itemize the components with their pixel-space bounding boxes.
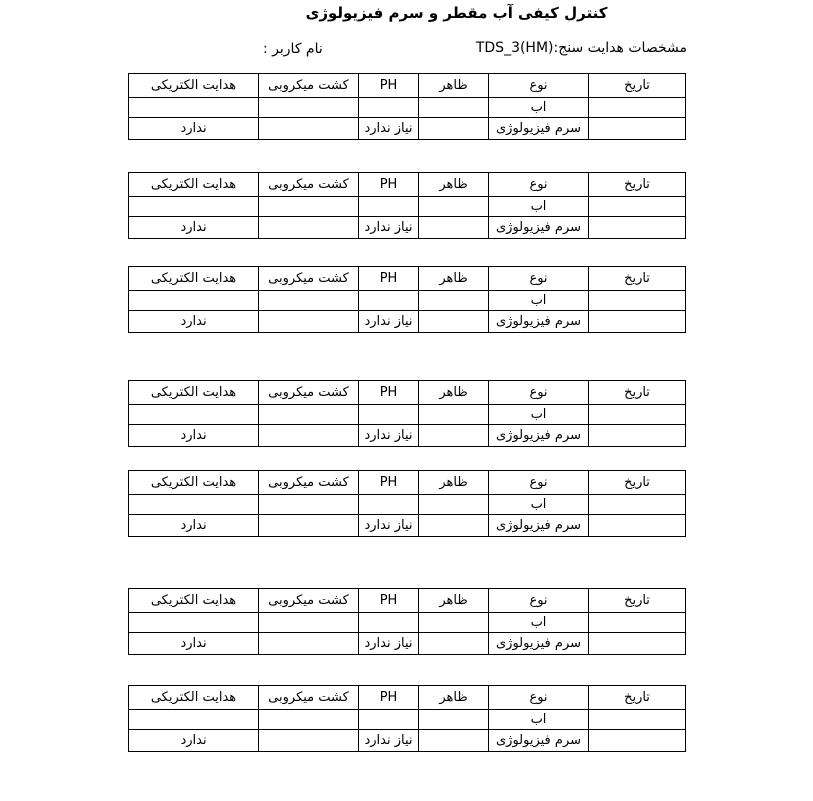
- document-page: کنترل کیفی آب مقطر و سرم فیزیولوژی مشخصا…: [0, 0, 813, 801]
- cell-water-date: [589, 495, 686, 515]
- header-type: نوع: [489, 471, 589, 495]
- cell-water-electrical-conductivity: [129, 495, 259, 515]
- header-date: تاریخ: [589, 686, 686, 710]
- cell-water-electrical-conductivity: [129, 613, 259, 633]
- water-row: اب: [129, 98, 686, 118]
- header-ph: PH: [359, 471, 419, 495]
- cell-water-ph: [359, 613, 419, 633]
- cell-water-ph: [359, 495, 419, 515]
- cell-water-date: [589, 405, 686, 425]
- user-name-label: نام کاربر :: [263, 41, 323, 57]
- cell-water-microbial-culture: [259, 613, 359, 633]
- cell-serum-appearance: [419, 730, 489, 752]
- cell-serum-electrical-conductivity: ندارد: [129, 118, 259, 140]
- cell-serum-microbial-culture: [259, 217, 359, 239]
- header-appearance: ظاهر: [419, 589, 489, 613]
- cell-serum-ph: نیاز ندارد: [359, 425, 419, 447]
- header-type: نوع: [489, 267, 589, 291]
- cell-water-electrical-conductivity: [129, 291, 259, 311]
- cell-water-microbial-culture: [259, 710, 359, 730]
- cell-serum-appearance: [419, 425, 489, 447]
- cell-water-date: [589, 710, 686, 730]
- cell-water-date: [589, 98, 686, 118]
- cell-serum-type: سرم فیزیولوژی: [489, 311, 589, 333]
- cell-water-type: اب: [489, 710, 589, 730]
- water-row: اب: [129, 495, 686, 515]
- header-electrical-conductivity: هدایت الکتریکی: [129, 74, 259, 98]
- cell-water-ph: [359, 291, 419, 311]
- header-type: نوع: [489, 686, 589, 710]
- cell-serum-electrical-conductivity: ندارد: [129, 515, 259, 537]
- header-date: تاریخ: [589, 589, 686, 613]
- header-type: نوع: [489, 589, 589, 613]
- cell-water-ph: [359, 98, 419, 118]
- cell-serum-ph: نیاز ندارد: [359, 515, 419, 537]
- qc-table-grid-7: تاریخنوعظاهرPHکشت میکروبیهدایت الکتریکیا…: [128, 685, 686, 752]
- header-date: تاریخ: [589, 471, 686, 495]
- qc-table-grid-6: تاریخنوعظاهرPHکشت میکروبیهدایت الکتریکیا…: [128, 588, 686, 655]
- cell-water-appearance: [419, 495, 489, 515]
- page-title: کنترل کیفی آب مقطر و سرم فیزیولوژی: [100, 4, 813, 22]
- qc-table-3: تاریخنوعظاهرPHکشت میکروبیهدایت الکتریکیا…: [128, 266, 686, 333]
- header-date: تاریخ: [589, 267, 686, 291]
- qc-table-4: تاریخنوعظاهرPHکشت میکروبیهدایت الکتریکیا…: [128, 380, 686, 447]
- cell-serum-appearance: [419, 515, 489, 537]
- header-electrical-conductivity: هدایت الکتریکی: [129, 471, 259, 495]
- cell-water-ph: [359, 197, 419, 217]
- cell-serum-electrical-conductivity: ندارد: [129, 730, 259, 752]
- cell-water-appearance: [419, 613, 489, 633]
- cell-serum-date: [589, 730, 686, 752]
- header-date: تاریخ: [589, 74, 686, 98]
- header-microbial-culture: کشت میکروبی: [259, 686, 359, 710]
- qc-table-grid-1: تاریخنوعظاهرPHکشت میکروبیهدایت الکتریکیا…: [128, 73, 686, 140]
- serum-row: سرم فیزیولوژینیاز نداردندارد: [129, 217, 686, 239]
- cell-serum-date: [589, 217, 686, 239]
- header-ph: PH: [359, 686, 419, 710]
- cell-serum-electrical-conductivity: ندارد: [129, 217, 259, 239]
- header-appearance: ظاهر: [419, 74, 489, 98]
- conductivity-meter-label: مشخصات هدایت سنج:TDS_3(HM): [476, 40, 687, 56]
- water-row: اب: [129, 613, 686, 633]
- header-microbial-culture: کشت میکروبی: [259, 74, 359, 98]
- cell-water-date: [589, 291, 686, 311]
- cell-serum-ph: نیاز ندارد: [359, 730, 419, 752]
- qc-table-2: تاریخنوعظاهرPHکشت میکروبیهدایت الکتریکیا…: [128, 172, 686, 239]
- cell-serum-date: [589, 515, 686, 537]
- water-row: اب: [129, 710, 686, 730]
- serum-row: سرم فیزیولوژینیاز نداردندارد: [129, 730, 686, 752]
- cell-water-type: اب: [489, 197, 589, 217]
- header-microbial-culture: کشت میکروبی: [259, 173, 359, 197]
- cell-serum-ph: نیاز ندارد: [359, 311, 419, 333]
- cell-water-ph: [359, 405, 419, 425]
- header-type: نوع: [489, 74, 589, 98]
- header-appearance: ظاهر: [419, 471, 489, 495]
- cell-water-microbial-culture: [259, 405, 359, 425]
- cell-water-appearance: [419, 710, 489, 730]
- header-appearance: ظاهر: [419, 686, 489, 710]
- cell-water-electrical-conductivity: [129, 98, 259, 118]
- qc-table-grid-5: تاریخنوعظاهرPHکشت میکروبیهدایت الکتریکیا…: [128, 470, 686, 537]
- cell-serum-microbial-culture: [259, 425, 359, 447]
- cell-serum-microbial-culture: [259, 633, 359, 655]
- qc-table-grid-2: تاریخنوعظاهرPHکشت میکروبیهدایت الکتریکیا…: [128, 172, 686, 239]
- cell-serum-type: سرم فیزیولوژی: [489, 217, 589, 239]
- cell-water-type: اب: [489, 98, 589, 118]
- qc-table-grid-4: تاریخنوعظاهرPHکشت میکروبیهدایت الکتریکیا…: [128, 380, 686, 447]
- serum-row: سرم فیزیولوژینیاز نداردندارد: [129, 118, 686, 140]
- cell-water-date: [589, 613, 686, 633]
- header-electrical-conductivity: هدایت الکتریکی: [129, 589, 259, 613]
- cell-serum-microbial-culture: [259, 730, 359, 752]
- cell-serum-type: سرم فیزیولوژی: [489, 118, 589, 140]
- header-electrical-conductivity: هدایت الکتریکی: [129, 173, 259, 197]
- header-type: نوع: [489, 381, 589, 405]
- header-ph: PH: [359, 173, 419, 197]
- qc-table-7: تاریخنوعظاهرPHکشت میکروبیهدایت الکتریکیا…: [128, 685, 686, 752]
- cell-water-microbial-culture: [259, 495, 359, 515]
- cell-water-type: اب: [489, 291, 589, 311]
- header-appearance: ظاهر: [419, 267, 489, 291]
- cell-serum-ph: نیاز ندارد: [359, 118, 419, 140]
- header-date: تاریخ: [589, 173, 686, 197]
- cell-serum-appearance: [419, 118, 489, 140]
- cell-serum-ph: نیاز ندارد: [359, 217, 419, 239]
- cell-water-microbial-culture: [259, 197, 359, 217]
- cell-serum-date: [589, 311, 686, 333]
- water-row: اب: [129, 405, 686, 425]
- cell-water-ph: [359, 710, 419, 730]
- header-electrical-conductivity: هدایت الکتریکی: [129, 381, 259, 405]
- header-ph: PH: [359, 267, 419, 291]
- header-electrical-conductivity: هدایت الکتریکی: [129, 267, 259, 291]
- cell-water-electrical-conductivity: [129, 197, 259, 217]
- cell-serum-electrical-conductivity: ندارد: [129, 311, 259, 333]
- cell-serum-date: [589, 633, 686, 655]
- header-microbial-culture: کشت میکروبی: [259, 267, 359, 291]
- cell-water-appearance: [419, 291, 489, 311]
- qc-table-1: تاریخنوعظاهرPHکشت میکروبیهدایت الکتریکیا…: [128, 73, 686, 140]
- cell-serum-type: سرم فیزیولوژی: [489, 730, 589, 752]
- cell-water-type: اب: [489, 495, 589, 515]
- header-microbial-culture: کشت میکروبی: [259, 589, 359, 613]
- water-row: اب: [129, 197, 686, 217]
- header-type: نوع: [489, 173, 589, 197]
- cell-serum-appearance: [419, 311, 489, 333]
- cell-serum-electrical-conductivity: ندارد: [129, 633, 259, 655]
- cell-water-appearance: [419, 98, 489, 118]
- cell-water-microbial-culture: [259, 291, 359, 311]
- water-row: اب: [129, 291, 686, 311]
- cell-serum-type: سرم فیزیولوژی: [489, 633, 589, 655]
- serum-row: سرم فیزیولوژینیاز نداردندارد: [129, 425, 686, 447]
- cell-water-appearance: [419, 405, 489, 425]
- cell-water-type: اب: [489, 405, 589, 425]
- cell-water-electrical-conductivity: [129, 405, 259, 425]
- cell-serum-appearance: [419, 633, 489, 655]
- cell-serum-date: [589, 118, 686, 140]
- cell-water-appearance: [419, 197, 489, 217]
- header-appearance: ظاهر: [419, 173, 489, 197]
- header-ph: PH: [359, 74, 419, 98]
- cell-serum-microbial-culture: [259, 515, 359, 537]
- header-microbial-culture: کشت میکروبی: [259, 471, 359, 495]
- cell-water-type: اب: [489, 613, 589, 633]
- cell-serum-microbial-culture: [259, 311, 359, 333]
- serum-row: سرم فیزیولوژینیاز نداردندارد: [129, 633, 686, 655]
- serum-row: سرم فیزیولوژینیاز نداردندارد: [129, 515, 686, 537]
- header-appearance: ظاهر: [419, 381, 489, 405]
- qc-table-6: تاریخنوعظاهرPHکشت میکروبیهدایت الکتریکیا…: [128, 588, 686, 655]
- header-ph: PH: [359, 589, 419, 613]
- cell-serum-type: سرم فیزیولوژی: [489, 515, 589, 537]
- cell-serum-ph: نیاز ندارد: [359, 633, 419, 655]
- cell-serum-date: [589, 425, 686, 447]
- qc-table-grid-3: تاریخنوعظاهرPHکشت میکروبیهدایت الکتریکیا…: [128, 266, 686, 333]
- cell-serum-microbial-culture: [259, 118, 359, 140]
- cell-serum-electrical-conductivity: ندارد: [129, 425, 259, 447]
- cell-serum-type: سرم فیزیولوژی: [489, 425, 589, 447]
- header-microbial-culture: کشت میکروبی: [259, 381, 359, 405]
- serum-row: سرم فیزیولوژینیاز نداردندارد: [129, 311, 686, 333]
- header-electrical-conductivity: هدایت الکتریکی: [129, 686, 259, 710]
- qc-table-5: تاریخنوعظاهرPHکشت میکروبیهدایت الکتریکیا…: [128, 470, 686, 537]
- cell-water-date: [589, 197, 686, 217]
- header-date: تاریخ: [589, 381, 686, 405]
- cell-serum-appearance: [419, 217, 489, 239]
- header-ph: PH: [359, 381, 419, 405]
- cell-water-electrical-conductivity: [129, 710, 259, 730]
- cell-water-microbial-culture: [259, 98, 359, 118]
